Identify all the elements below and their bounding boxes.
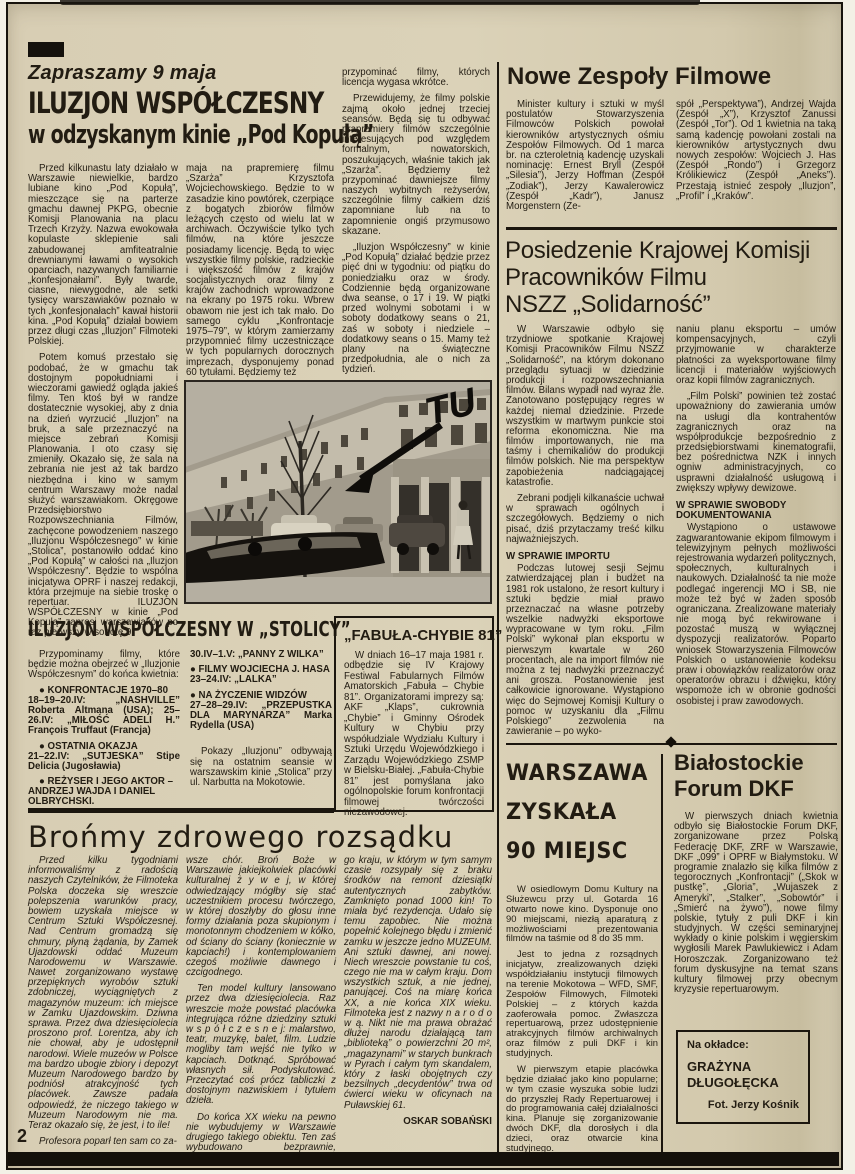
title-line: NSZZ „Solidarność” — [505, 291, 839, 318]
page-number: 2 — [17, 1126, 27, 1147]
fabula-title: „FABUŁA-CHYBIE 81” — [344, 627, 484, 644]
paragraph: W Warszawie odbyło się trzydniowe spotka… — [506, 325, 664, 488]
paragraph: Jest to jedna z rozsądnych inicjatyw, zr… — [506, 949, 658, 1058]
fabula-body: W dniach 16–17 maja 1981 r. odbędzie się… — [344, 651, 484, 819]
subheading: W SPRAWIE IMPORTU — [506, 552, 664, 562]
solidarnosc-column: naniu planu eksportu – umów kompensacyjn… — [676, 325, 836, 713]
program-item: ● OSTATNIA OKAZJA21–22.IV: „SUTJESKA” St… — [28, 742, 180, 773]
nowe-zespoly-title: Nowe Zespoły Filmowe — [507, 63, 771, 91]
article-title-line1: ILUZJON WSPÓŁCZESNY — [28, 86, 323, 120]
paragraph: naniu planu eksportu – umów kompensacyjn… — [676, 325, 836, 386]
bottom-frame-bar — [8, 1152, 839, 1166]
paragraph: Wystąpiono o ustawowe zagwarantowanie ek… — [676, 523, 836, 706]
paragraph: Przed kilku tygodniami informowaliśmy z … — [28, 856, 178, 1131]
parked-cars-row — [191, 521, 263, 536]
corner-ink-mark — [28, 42, 64, 57]
title-line: 90 MIEJSC — [506, 832, 648, 871]
program-item: 30.IV–1.V: „PANNY Z WILKA” — [190, 650, 332, 660]
title-line: WARSZAWA — [506, 754, 648, 793]
program-item: ● FILMY WOJCIECHA J. HASA23–24.IV: „LALK… — [190, 665, 332, 685]
paragraph: Minister kultury i sztuki w myśl postula… — [506, 100, 664, 212]
paragraph: W pierwszych dniach kwietnia odbyło się … — [674, 812, 838, 995]
cover-person-name: GRAŻYNA DŁUGOŁĘCKA — [687, 1059, 787, 1090]
paragraph: W osiedlowym Domu Kultury na Służewcu pr… — [506, 884, 658, 943]
article-kicker: Zapraszamy 9 maja — [28, 62, 217, 85]
title-line: Posiedzenie Krajowej Komisji — [505, 237, 839, 264]
stolica-right-column: 30.IV–1.V: „PANNY Z WILKA” ● FILMY WOJCI… — [190, 650, 332, 793]
solidarnosc-column: W Warszawie odbyło się trzydniowe spotka… — [506, 325, 664, 743]
fabula-chybie-box: „FABUŁA-CHYBIE 81” W dniach 16–17 maja 1… — [334, 616, 494, 812]
program-item-details: 18–19–20.IV: „NASHVILLE” Roberta Altmana… — [28, 695, 180, 737]
paragraph: Zebrani podjęli kilkanaście uchwał w spr… — [506, 494, 664, 545]
program-item-details: 21–22.IV: „SUTJESKA” Stipe Delicia (Jugo… — [28, 751, 180, 772]
program-item: ● REŻYSER I JEGO AKTOR – ANDRZEJ WAJDA I… — [28, 777, 180, 808]
paragraph: przypominać filmy, których licencja wyga… — [342, 68, 490, 88]
scan-edge-mark — [60, 0, 700, 5]
title-line: Forum DKF — [674, 776, 804, 802]
article-column: przypominać filmy, których licencja wyga… — [342, 68, 490, 381]
paragraph: W dniach 16–17 maja 1981 r. odbędzie się… — [344, 651, 484, 819]
bronmy-title: Brońmy zdrowego rozsądku — [28, 820, 453, 854]
building-street-photo: TU — [184, 380, 492, 604]
photo-illustration: TU — [185, 381, 491, 603]
paragraph: „Film Polski” powinien też zostać upoważ… — [676, 392, 836, 494]
article-column: Przed kilkunastu laty działało w Warszaw… — [28, 164, 178, 645]
magazine-page: Zapraszamy 9 maja ILUZJON WSPÓŁCZESNY w … — [0, 0, 855, 1174]
subheading: W SPRAWIE SWOBODY DOKUMENTOWANIA — [676, 501, 836, 521]
title-line: Pracowników Filmu — [505, 264, 839, 291]
program-item-title: ● REŻYSER I JEGO AKTOR – ANDRZEJ WAJDA I… — [28, 777, 180, 808]
paragraph: Profesora poparł ten sam co za- — [28, 1137, 178, 1147]
paragraph: spół „Perspektywa”), Andrzej Wajda (Zesp… — [676, 100, 836, 202]
warszawa-column: W osiedlowym Domu Kultury na Służewcu pr… — [506, 884, 658, 1159]
paragraph: Ten model kultury lansowano przez dwa dz… — [186, 984, 336, 1106]
photo-credit: Fot. Jerzy Kośnik — [687, 1099, 799, 1111]
bronmy-column: Przed kilku tygodniami informowaliśmy z … — [28, 856, 178, 1153]
thick-rule — [28, 808, 334, 813]
paragraph: go kraju, w którym w tym samym czasie ro… — [344, 856, 492, 1111]
bialystok-title: Białostockie Forum DKF — [674, 750, 804, 802]
title-line: Białostockie — [674, 750, 804, 776]
title-line: ZYSKAŁA — [506, 793, 648, 832]
program-item: ● KONFRONTACJE 1970–8018–19–20.IV: „NASH… — [28, 686, 180, 737]
paragraph: W pierwszym etapie placówka będzie dział… — [506, 1064, 658, 1153]
paragraph: Podczas lutowej sesji Sejmu zatwierdzają… — [506, 564, 664, 737]
program-item: ● NA ŻYCZENIE WIDZÓW27–28–29.IV: „PRZEPU… — [190, 691, 332, 732]
program-item-details: 27–28–29.IV: „PRZEPUSTKA DLA MARYNARZA” … — [190, 700, 332, 731]
bialystok-column: W pierwszych dniach kwietnia odbyło się … — [674, 812, 838, 1001]
program-item-title: 30.IV–1.V: „PANNY Z WILKA” — [190, 650, 332, 660]
cover-label: Na okładce: — [687, 1039, 799, 1051]
article-column: maja na prapremierę filmu „Szarża” Krzys… — [186, 164, 334, 384]
warszawa-title: WARSZAWA ZYSKAŁA 90 MIEJSC — [506, 754, 648, 871]
program-item-details: 23–24.IV: „LALKA” — [190, 674, 277, 685]
paragraph: maja na prapremierę filmu „Szarża” Krzys… — [186, 164, 334, 378]
author-signature: OSKAR SOBAŃSKI — [344, 1117, 492, 1127]
section-rule — [506, 227, 837, 230]
paragraph: Przewidujemy, że filmy polskie zajmą oko… — [342, 94, 490, 237]
paragraph: Przed kilkunastu laty działało w Warszaw… — [28, 164, 178, 347]
bronmy-column: go kraju, w którym w tym samym czasie ro… — [344, 856, 492, 1133]
paragraph: „Iluzjon Współczesny” w kinie „Pod Kopuł… — [342, 243, 490, 375]
article-title-line2: w odzyskanym kinie „Pod Kopułą” — [28, 120, 374, 150]
cover-credit-box: Na okładce: GRAŻYNA DŁUGOŁĘCKA Fot. Jerz… — [676, 1030, 810, 1124]
nowe-column: spół „Perspektywa”), Andrzej Wajda (Zesp… — [676, 100, 836, 208]
nowe-column: Minister kultury i sztuki w myśl postula… — [506, 100, 664, 218]
solidarnosc-title: Posiedzenie Krajowej Komisji Pracowników… — [505, 237, 839, 318]
paragraph: Potem komuś przestało się podobać, że w … — [28, 353, 178, 638]
section-intro: Przypominamy filmy, które będzie można o… — [28, 650, 180, 681]
section-closing-note: Pokazy „Iluzjonu” odbywają się na ostatn… — [190, 747, 332, 788]
column-divider — [661, 754, 663, 1154]
stolica-section-title: ILUZJON WSPÓŁCZESNY W „STOLICY” — [28, 617, 351, 641]
stolica-left-column: Przypominamy filmy, które będzie można o… — [28, 650, 180, 813]
paragraph: wsze chór. Broń Boże w Warszawie jakiejk… — [186, 856, 336, 978]
column-divider — [497, 62, 499, 1154]
bronmy-column: wsze chór. Broń Boże w Warszawie jakiejk… — [186, 856, 336, 1169]
